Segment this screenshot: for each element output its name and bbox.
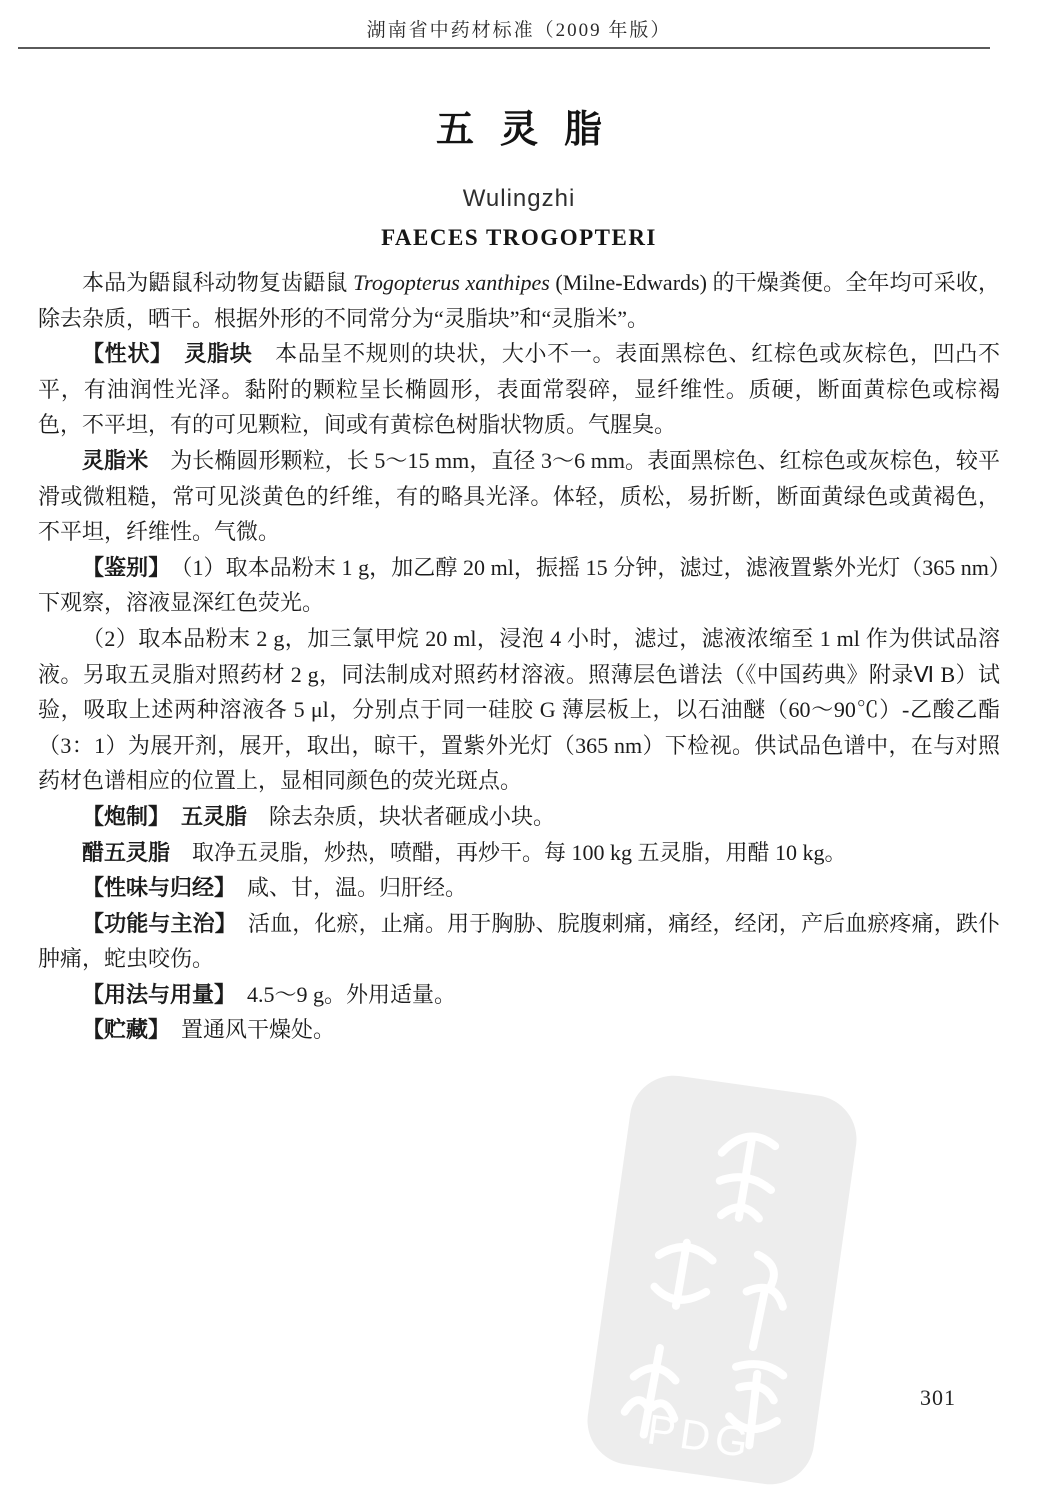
section-label: 【性状】 灵脂块 [82,341,252,366]
body-text-run: 本品为鼯鼠科动物复齿鼯鼠 [82,270,353,295]
body-text-run: 4.5～9 g。外用适量。 [225,982,456,1007]
body-paragraph: 【功能与主治】 活血，化瘀，止痛。用于胸胁、脘腹刺痛，痛经，经闭，产后血瘀疼痛，… [38,906,1000,977]
section-label: 【鉴别】 [82,555,159,580]
seal-glyph-1 [713,1132,778,1221]
monograph-title-cn: 五灵脂 [0,98,1038,153]
body-text-run: 除去杂质，块状者砸成小块。 [247,804,555,829]
body-text-run: 置通风干燥处。 [159,1017,335,1042]
section-label: 【贮藏】 [82,1017,159,1042]
body-text-run: 取净五灵脂，炒热，喷醋，再炒干。每 100 kg 五灵脂，用醋 10 kg。 [170,840,847,865]
body-text-run: 咸、甘，温。归肝经。 [225,875,467,900]
section-label: 醋五灵脂 [82,840,170,865]
section-label: 【用法与用量】 [82,982,225,1007]
document-page: PDG 湖南省中药材标准（2009 年版） 五灵脂 Wulingzhi FAEC… [0,0,1038,1505]
section-label: 【性味与归经】 [82,875,225,900]
body-paragraph: 醋五灵脂 取净五灵脂，炒热，喷醋，再炒干。每 100 kg 五灵脂，用醋 10 … [38,835,1000,871]
body-paragraph: 【贮藏】 置通风干燥处。 [38,1012,1000,1048]
monograph-title-pinyin: Wulingzhi [0,185,1038,213]
section-label: 灵脂米 [82,448,148,473]
page-number: 301 [920,1385,956,1411]
body-paragraph: 【炮制】 五灵脂 除去杂质，块状者砸成小块。 [38,799,1000,835]
body-paragraph: 灵脂米 为长椭圆形颗粒，长 5～15 mm，直径 3～6 mm。表面黑棕色、红棕… [38,443,1000,550]
page-header-title: 湖南省中药材标准（2009 年版） [0,15,1038,42]
header-divider [18,47,990,49]
body-paragraph: 【性味与归经】 咸、甘，温。归肝经。 [38,870,1000,906]
seal-glyph-3 [739,1254,789,1350]
section-label: 【炮制】 五灵脂 [82,804,247,829]
seal-glyph-2 [652,1239,714,1310]
body-text-run: 为长椭圆形颗粒，长 5～15 mm，直径 3～6 mm。表面黑棕色、红棕色或灰棕… [38,448,1000,544]
document-body: 本品为鼯鼠科动物复齿鼯鼠 Trogopterus xanthipes (Miln… [38,265,1000,1048]
body-text-run: （2）取本品粉末 2 g，加三氯甲烷 20 ml，浸泡 4 小时，滤过，滤液浓缩… [38,626,1000,793]
body-paragraph: 【鉴别】 （1）取本品粉末 1 g，加乙醇 20 ml，振摇 15 分钟，滤过，… [38,550,1000,621]
library-seal-watermark: PDG [582,1070,862,1490]
section-label: 【功能与主治】 [82,911,226,936]
body-text-run: （1）取本品粉末 1 g，加乙醇 20 ml，振摇 15 分钟，滤过，滤液置紫外… [38,555,1000,616]
body-paragraph: 【性状】 灵脂块 本品呈不规则的块状，大小不一。表面黑棕色、红棕色或灰棕色，凹凸… [38,336,1000,443]
body-paragraph: （2）取本品粉末 2 g，加三氯甲烷 20 ml，浸泡 4 小时，滤过，滤液浓缩… [38,621,1000,799]
body-paragraph: 本品为鼯鼠科动物复齿鼯鼠 Trogopterus xanthipes (Miln… [38,265,1000,336]
body-paragraph: 【用法与用量】 4.5～9 g。外用适量。 [38,977,1000,1013]
monograph-title-latin: FAECES TROGOPTERI [0,225,1038,251]
body-text-run: Trogopterus xanthipes [353,270,550,295]
